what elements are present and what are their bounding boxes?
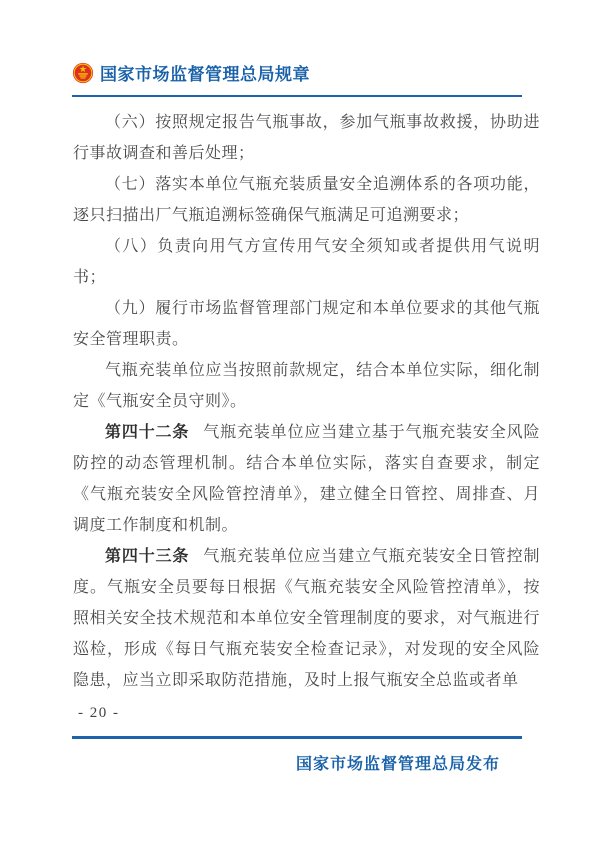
paragraph-text: （六）按照规定报告气瓶事故，参加气瓶事故救援，协助进行事故调查和善后处理； bbox=[73, 114, 540, 162]
article-number-43: 第四十三条 bbox=[105, 548, 189, 565]
paragraph-item-6: （六）按照规定报告气瓶事故，参加气瓶事故救援，协助进行事故调查和善后处理； bbox=[73, 107, 540, 169]
paragraph-item-9: （九）履行市场监督管理部门规定和本单位要求的其他气瓶安全管理职责。 bbox=[73, 293, 540, 355]
paragraph-article-43: 第四十三条气瓶充装单位应当建立气瓶充装安全日管控制度。气瓶安全员要每日根据《气瓶… bbox=[73, 541, 540, 696]
header-title: 国家市场监督管理总局规章 bbox=[100, 60, 310, 85]
document-body: （六）按照规定报告气瓶事故，参加气瓶事故救援，协助进行事故调查和善后处理； （七… bbox=[73, 107, 540, 696]
paragraph-item-8: （八）负责向用气方宣传用气安全须知或者提供用气说明书； bbox=[73, 231, 540, 293]
header-divider-line bbox=[72, 95, 522, 97]
paragraph-text: （九）履行市场监督管理部门规定和本单位要求的其他气瓶安全管理职责。 bbox=[73, 300, 540, 348]
paragraph-text: （七）落实本单位气瓶充装质量安全追溯体系的各项功能，逐只扫描出厂气瓶追溯标签确保… bbox=[73, 176, 540, 224]
article-number-42: 第四十二条 bbox=[105, 424, 189, 441]
page-number: - 20 - bbox=[78, 705, 120, 722]
china-national-emblem-icon bbox=[72, 62, 94, 84]
paragraph-charter: 气瓶充装单位应当按照前款规定，结合本单位实际，细化制定《气瓶安全员守则》。 bbox=[73, 355, 540, 417]
publisher-label: 国家市场监督管理总局发布 bbox=[72, 751, 500, 774]
paragraph-text: 气瓶充装单位应当按照前款规定，结合本单位实际，细化制定《气瓶安全员守则》。 bbox=[73, 362, 540, 410]
paragraph-text: （八）负责向用气方宣传用气安全须知或者提供用气说明书； bbox=[73, 238, 540, 286]
footer-divider-line bbox=[72, 736, 522, 739]
regulation-document-page: 国家市场监督管理总局规章 （六）按照规定报告气瓶事故，参加气瓶事故救援，协助进行… bbox=[0, 0, 595, 842]
page-header: 国家市场监督管理总局规章 bbox=[72, 60, 310, 85]
paragraph-text: 气瓶充装单位应当建立气瓶充装安全日管控制度。气瓶安全员要每日根据《气瓶充装安全风… bbox=[73, 548, 540, 689]
paragraph-item-7: （七）落实本单位气瓶充装质量安全追溯体系的各项功能，逐只扫描出厂气瓶追溯标签确保… bbox=[73, 169, 540, 231]
paragraph-article-42: 第四十二条气瓶充装单位应当建立基于气瓶充装安全风险防控的动态管理机制。结合本单位… bbox=[73, 417, 540, 541]
